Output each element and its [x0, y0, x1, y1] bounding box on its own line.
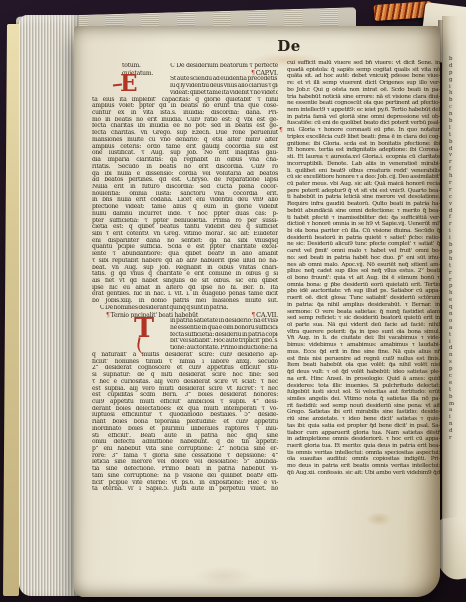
sliver-letter: b: [449, 394, 461, 401]
text-line: pfectione videat: tamē alius q̄ eum in g…: [92, 204, 278, 211]
previous-text-end: totum.: [122, 63, 141, 70]
sliver-letter: c: [449, 104, 461, 111]
sliver-letter: p: [449, 366, 461, 373]
sliver-letter: n: [449, 311, 461, 318]
text-line: tatis. g q̄d vnus q̄ charitatē ē erit cō…: [92, 271, 278, 278]
text-line: fecta charitas. vn̄ Grego. sup Ezech. Du…: [92, 130, 278, 137]
text-line: sermone: O vere beata satietas: q̄ nunq̄…: [287, 309, 440, 316]
sliver-letter: d: [449, 63, 461, 70]
text-line: in patria: q̄a nihil amplius desiderabūt…: [287, 302, 440, 309]
text-line: li. quilibet eni beat9 oībus creaturis r…: [287, 168, 440, 175]
sliver-letter: i: [449, 235, 461, 242]
text-line: pter sufficiētiā: τ ppter beniuolētiā. P…: [92, 218, 278, 225]
text-line: ciētiā est: q̄ q̄libet beatus tantū vide…: [92, 224, 278, 231]
text-line: Nulla erit in futuro discordia: sed cūct…: [92, 184, 278, 191]
sliver-letter: g: [449, 77, 461, 84]
text-line: dictioē τ honorē omnia in se h9 vt Sapie…: [287, 221, 440, 228]
text-line: bit' vel satiabit'. Hoc autē triplicit' …: [170, 338, 278, 345]
text-line: Et honore. tertia est indignitatis adept…: [287, 147, 440, 154]
text-line: desideres: tota illic inuenies. Si pulch…: [287, 383, 440, 390]
text-line: sti. Et laurea τ aureola.xvl Gloria.i. e…: [287, 154, 440, 161]
sliver-letter: d: [449, 428, 461, 435]
text-line: nullū damnū incurret inde. τ hoc ppter d…: [92, 211, 278, 218]
sliver-letter: q: [449, 304, 461, 311]
text-line: omni defectu admittione habebunt. q̄ de …: [92, 439, 278, 446]
red-initial-t: T: [134, 317, 154, 341]
sliver-letter: s: [449, 359, 461, 366]
text-line: ne essentie in qua ē oīm bonorū sufficīc…: [170, 325, 278, 332]
text-line: mo deus in patria erit beatis omnis veri…: [287, 463, 440, 470]
text-line: luptuosi efficiuntur τ quodāmodo bestial…: [92, 412, 278, 419]
text-line: bimus: videbimus τ amabimus: amabimus τ …: [287, 342, 440, 349]
text-line: erat gentiles. hīc in hāc. l. vit. i. In…: [92, 291, 278, 298]
text-line: tiā sine defectione. Primo beati in patr…: [92, 466, 278, 473]
sliver-letter: d: [449, 345, 461, 352]
text-line: mo in beatis nō erit inuidia. Cui9 ratio…: [92, 117, 278, 124]
sliver-letter: i: [449, 84, 461, 91]
text-line: sti efficiūt'. Beati autē in patria hec …: [92, 433, 278, 440]
text-line: derant boīes delectatioēs: ex qua multi …: [92, 406, 278, 413]
text-line: mansiones multe cū vno denario: q̄ etsi …: [92, 137, 278, 144]
text-line: C De homines desiderant quinq̄ q̄ sunt i…: [92, 305, 278, 312]
text-line: tam sine corruptione: nā p visionē dei q…: [92, 473, 278, 480]
sliver-letter: v: [449, 152, 461, 159]
text-line: inordinato boīes et plurimū illiberales …: [92, 426, 278, 433]
text-line: pbo idē auctoritate: vn̄ sup illud ps. S…: [287, 288, 440, 295]
sliver-letter: n: [449, 111, 461, 118]
sliver-letter: c: [449, 373, 461, 380]
text-line: Grego. Satietas ibi erit mirabilis sine …: [287, 409, 440, 416]
text-line: ruerit oē. dicit glosa: Tunc satiabit' d…: [287, 295, 440, 302]
sliver-letter: p: [449, 283, 461, 290]
sliver-letter: t: [449, 387, 461, 394]
sliver-letter: e: [449, 380, 461, 387]
text-line: omnia bona: g p̄be desideriū eorū quieta…: [287, 282, 440, 289]
text-line: nouientia: omnia iusta: sanctorū vna cōc…: [92, 191, 278, 198]
text-line: riū sine anxietate. τ ideo bene dicit' s…: [287, 416, 440, 423]
initial-block: Tin patria satietatē in desiderio: nā et…: [92, 318, 278, 352]
sliver-letter: e: [449, 297, 461, 304]
text-line: q̄a ibi nulla ē dissensio: cordia vel vo…: [92, 171, 278, 178]
book-photo-scene: De totum.C De desiderium beatorum τ perf…: [0, 0, 466, 602]
sliver-letter: f: [449, 214, 461, 221]
sliver-letter: r: [449, 435, 461, 442]
text-column-2: cui sufficit malū viuere sed bn̄ viuere:…: [287, 60, 440, 477]
text-line: in adimpletione omnis desideriorū. τ hoc…: [287, 436, 440, 443]
text-line: oī parte sua. Nā qui viderit deū facie a…: [287, 322, 440, 329]
sliver-letter: v: [449, 201, 461, 208]
text-line: quadā epistola: q̄ sapiēs semp cogitat q…: [287, 67, 440, 74]
stain-spot: [194, 566, 254, 586]
text-line: videat: q̄libet tamē ita videbit τ nō vi…: [170, 90, 278, 97]
text-line: caret vel p̄mit' omni malo τ habet vel f…: [287, 248, 440, 255]
text-line: gnitione: ibi Gloria. scda est in bonita…: [287, 141, 440, 148]
text-line: τ sibi reputabit habere q̄d ab ali9 habu…: [92, 258, 278, 265]
text-line: Require infra gaudiū beatorū. Quīto beat…: [287, 201, 440, 208]
text-line: Item beati habebūt oīa que volēt: q̄a ni…: [287, 362, 440, 369]
sliver-letter: b: [449, 118, 461, 125]
chapter-number: CA.VII.: [256, 312, 278, 319]
sliver-letter: i: [449, 228, 461, 235]
fanned-page-edges: [19, 15, 79, 596]
sliver-letter: d: [449, 146, 461, 153]
text-line: fulgebūt iusti sicut sol. Si velocitas a…: [287, 389, 440, 396]
text-line: nes ab omni malo. Apoc.vij. Nō esuriēt n…: [287, 262, 440, 269]
text-line: cū pater meus. vbi Aug. sic ait: Quā mai…: [287, 181, 440, 188]
text-line: oī bono fruunt': quia vt ait Aug. ibi ē …: [287, 275, 440, 282]
sliver-letter: c: [449, 194, 461, 201]
next-page-letter-column: bdpgihbcnbltbdvrfhrrcvdfriibphtrrpheqnoa…: [449, 56, 461, 442]
text-column-1: totum.C De desiderium beatorum τ perfect…: [92, 63, 278, 493]
sliver-letter: r: [449, 180, 461, 187]
text-line: no: sed beati in patria habēt hoc duo. p…: [287, 255, 440, 262]
text-line: re: et vt̄ illi semp viuerent dicit Orig…: [287, 80, 440, 87]
text-line: bo Job.r. Qui g oēsta non intrat oē. Scd…: [287, 87, 440, 94]
sliver-letter: r: [449, 159, 461, 166]
text-line: q̄ naturalit' a multis desiderāt' scire:…: [92, 352, 278, 359]
text-line: tas ibi: quia satia est propter q̄d bene…: [287, 423, 440, 430]
text-line: 2° desiderāt cognoscere et cui9 appetitu…: [92, 365, 278, 372]
sliver-letter: m: [449, 401, 461, 408]
text-line: dia imparia claritatis: q̄a regnabit in …: [92, 157, 278, 164]
sliver-letter: b: [449, 242, 461, 249]
text-line: q̄d deus vult: τ oē q̄d volēt habebūt: i…: [287, 369, 440, 376]
chapter-number: CAP.VI.: [256, 70, 278, 77]
text-line: sed semp reficiet: τ sic desideriū beato…: [287, 315, 440, 322]
text-line: q̄ū Aug.xii. confessio. sic ait: Ubi amb…: [287, 470, 440, 477]
text-line: cū sic excellētiore honore τ a deo: Job.…: [287, 174, 440, 181]
sliver-letter: r: [449, 221, 461, 228]
text-line: cui9 appetitu multi efficiūt' ambiciosi …: [92, 399, 278, 406]
pilcrow-icon: ¶: [279, 127, 283, 134]
stain-spot: [366, 512, 392, 526]
text-line: triplex excellēcia cui9 libet beati: p̄m…: [287, 134, 440, 141]
manuscript-page: De totum.C De desiderium beatorum τ perf…: [74, 26, 440, 597]
text-line: cui sufficit malū viuere sed bn̄ viuere:…: [287, 60, 440, 67]
text-line: sibi τ erit cōtent9. vn̄ Greg. vltimo mo…: [92, 231, 278, 238]
sliver-letter: h: [449, 90, 461, 97]
text-line: pere poterit adeptur9 q̄ vt sit vbi est …: [287, 188, 440, 195]
text-line: ti habebūt in patria leticiā sine merore…: [287, 194, 440, 201]
text-line: leticiā sine merore vel dolore vel desol…: [92, 459, 278, 466]
text-line: bo Jobis.xiiij. In domo patris mei māsio…: [92, 298, 278, 305]
text-line: tis omnis veritas intellectui: omnīa spe…: [287, 450, 440, 457]
text-line: ti habēt pfectē τ inamissibiliter dei: q…: [287, 215, 440, 222]
text-line: si sup̄natur̄: de q̄ mlti desiderāt scir…: [92, 372, 278, 379]
text-line: amplius ceteris: ordo tamē erit gaudij c…: [92, 144, 278, 151]
sliver-letter: t: [449, 332, 461, 339]
text-line: tiabor cum apparuerit gloria tua. Nam sa…: [287, 430, 440, 437]
text-line: ficiūt' homines timidi τ nimia i labore …: [92, 359, 278, 366]
sliver-letter: h: [449, 256, 461, 263]
text-line: est cupiditas scd̄m Bern. 3° boīes desid…: [92, 392, 278, 399]
text-line: ta eius ita implebit' capacitas: q̄ glor…: [92, 97, 278, 104]
text-line: bi oīa bona pariter cū illa. Cū visione …: [287, 228, 440, 235]
text-line: ruerit gloria tua. Et merito: quia deus …: [287, 443, 440, 450]
text-line: plius: neq̄ cadet sup illos sol neq̄ vll…: [287, 268, 440, 275]
text-line: ritatis. Secūdo in beatis nō erit discor…: [92, 164, 278, 171]
text-line: eni dispariliter dāna nō sentiēt: q̄a nā…: [92, 238, 278, 245]
text-line: desideriū beatorū in patria quietē τ sat…: [287, 235, 440, 242]
sliver-letter: l: [449, 125, 461, 132]
red-initial-e: E: [120, 74, 138, 94]
text-line: rit fastidiū: sed semp nouū desideriū si…: [287, 403, 440, 410]
sliver-letter: h: [449, 290, 461, 297]
sliver-letter: n: [449, 352, 461, 359]
text-line: ne essentie beati cognoscūt oīa que pert…: [287, 100, 440, 107]
text-line: Vn̄ Aug. in li. de ciuitate dei: Ibi vac…: [287, 335, 440, 342]
chapter-heading: C De desiderium beatorum τ perfecte: [170, 63, 278, 70]
running-head: De: [244, 37, 334, 55]
text-line: na erit. Hinc Ansel. in prosologio: Quid…: [287, 376, 440, 383]
text-line: St autē sciendū ad euidentiā precedētis …: [170, 76, 278, 83]
sliver-letter: b: [449, 97, 461, 104]
sliver-letter: o: [449, 318, 461, 325]
text-line: p̄° eni habebūt vitā sine corruptione: 2…: [92, 446, 278, 453]
sliver-letter: d: [449, 208, 461, 215]
chapter-heading-row: totum.C De desiderium beatorum τ perfect…: [92, 63, 278, 70]
text-line: ne sic: Desideriū alicui9 tunc pfecte co…: [287, 241, 440, 248]
text-line: est finis nisi peruenire ad regnū cui9 n…: [287, 356, 440, 363]
text-line: fecta charitas ibi inuidia ee nō pōt: se…: [92, 123, 278, 130]
initial-block: ESt autē sciendū ad euidentiā precedētis…: [92, 76, 278, 96]
sliver-letter: r: [449, 187, 461, 194]
sliver-letter: t: [449, 132, 461, 139]
text-line: lū q̄ ly videntiū deus vnus alio clarius…: [170, 83, 278, 90]
text-line: lentē τ abundantiorē: qua q̄libet beat9 …: [92, 251, 278, 258]
text-line: fecta sufficiētia: desideriū in patria c…: [170, 332, 278, 339]
sliver-letter: n: [449, 421, 461, 428]
text-line: bebūt abundāciā sine omni defectione: τ …: [287, 208, 440, 215]
text-line: est sup̄bia. alij vero multi desiderāt s…: [92, 386, 278, 393]
text-line: ad beatos pertinēs. q̄d est. Chryso. de …: [92, 177, 278, 184]
text-line: oīa suauitas auditui: omnīs copiositas i…: [287, 456, 440, 463]
sliver-letter: f: [449, 166, 461, 173]
text-line: quāta sit. ad hoc autē: debet vnicuiq̄ p…: [287, 73, 440, 80]
sliver-letter: t: [449, 263, 461, 270]
sliver-letter: i: [449, 414, 461, 421]
sliver-letter: b: [449, 56, 461, 63]
text-line: ta eterna. vl' i Sapie.5. Justi autē in …: [92, 486, 278, 493]
text-line: vltra querere poterit: q̄a in ipso sunt …: [287, 329, 440, 336]
text-line: mi. Gloria τ honore coronasti eū pn̄e. I…: [287, 127, 440, 134]
text-line: aīs fiet vt q̄d habet singulis de sit oī…: [92, 278, 278, 285]
text-line: ipse hīc eū amat in altero q̄d ipse nō h…: [92, 285, 278, 292]
sliver-letter: b: [449, 139, 461, 146]
sliver-letter: p: [449, 70, 461, 77]
text-line: rore: 3° famā τ gloriā sine cessatione τ…: [92, 453, 278, 460]
text-line: in bn̄s nulla erit cōdāna. Licet eni vid…: [92, 197, 278, 204]
sliver-letter: p: [449, 249, 461, 256]
text-line: in patria famā vel gloriā sine omni depr…: [287, 114, 440, 121]
text-line: one iustificat. τ Aug. sup Job. Nō erit …: [92, 150, 278, 157]
sliver-letter: r: [449, 270, 461, 277]
text-line: quantū pcipie sufficiā. Scd̄a ē est ppte…: [92, 244, 278, 251]
text-line: fuscatiōe: cū eni de quolibet beato dici…: [287, 120, 440, 127]
sliver-letter: r: [449, 277, 461, 284]
chapter-number-row: ¶Ternio pncipalit' beati habebūt¶CA.VII.: [92, 312, 278, 319]
text-line: in patria satietatē in desiderio: nā et …: [170, 318, 278, 325]
text-line: nem intellect9 τ appetit9: ec ieiet py.6…: [287, 107, 440, 114]
sliver-letter: a: [449, 325, 461, 332]
sliver-letter: h: [449, 173, 461, 180]
text-line: τ hec ē curiositas. alij vero desiderāt …: [92, 379, 278, 386]
text-line: tria habebūt noticiā sine errore: nā et …: [287, 94, 440, 101]
text-line: cuntur ex in vita ista.s. inuidia: disco…: [92, 110, 278, 117]
text-line: tione: auctoritate. Primo inductione: nā…: [170, 345, 278, 352]
text-line: incorruptibili. Denote. Lab aliis in ven…: [287, 161, 440, 168]
sliver-letter: a: [449, 407, 461, 414]
text-line: mus. Ecce q̄d erit in fine sine fine. Nā…: [287, 349, 440, 356]
text-line: similes angelis dei. Vltimo nota q̄ sati…: [287, 396, 440, 403]
sliver-letter: i: [449, 339, 461, 346]
text-line: beat. vn̄ Aug. sup Job. Regnabit in oību…: [92, 265, 278, 272]
text-line: amplius volet: ppter q̄d in beatis nō er…: [92, 103, 278, 110]
text-line: riant boīes bona tēporalia plēitudinē: e…: [92, 419, 278, 426]
text-line: ficit' pcipue vite eterne: vt ps.6. in e…: [92, 480, 278, 487]
